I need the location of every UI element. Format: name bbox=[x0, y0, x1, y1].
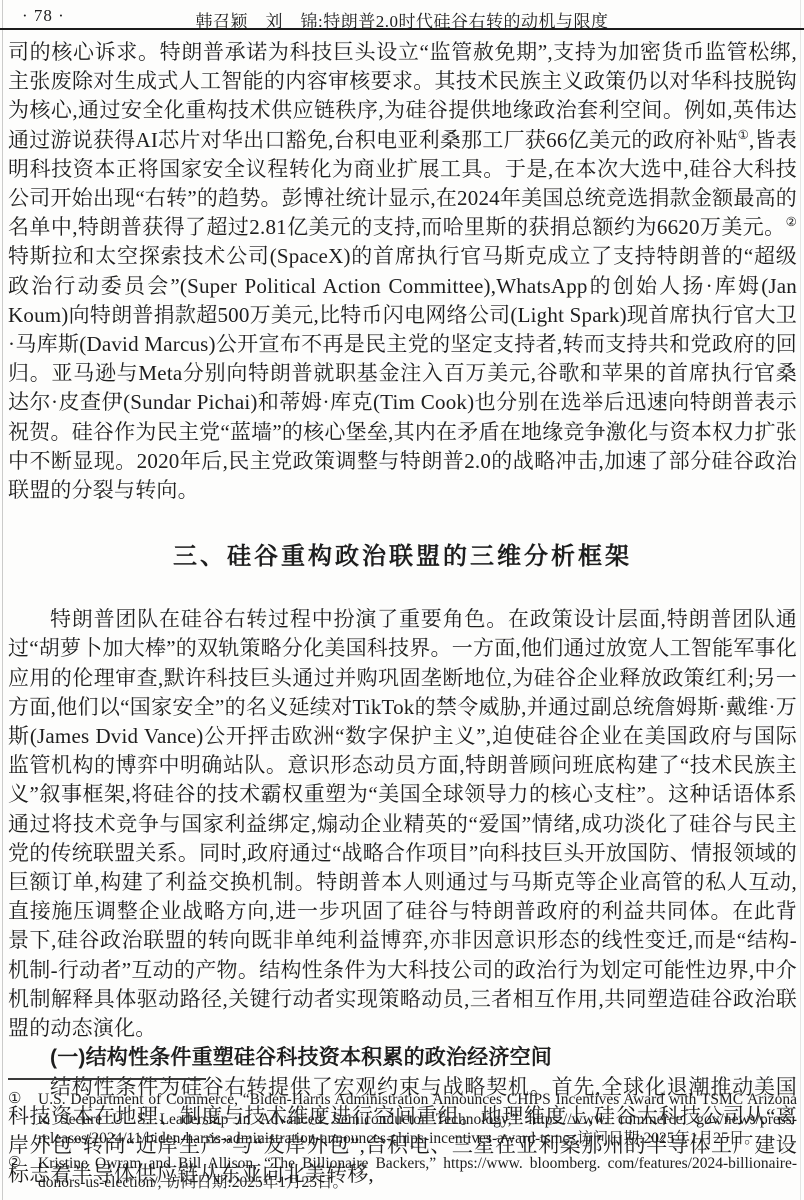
article-body: 司的核心诉求。特朗普承诺为科技巨头设立“监管赦免期”,支持为加密货币监管松绑,主… bbox=[0, 30, 804, 1189]
body-paragraph-1: 司的核心诉求。特朗普承诺为科技巨头设立“监管赦免期”,支持为加密货币监管松绑,主… bbox=[8, 38, 797, 505]
footnote-marker-2: ② bbox=[8, 1154, 21, 1174]
running-title: 韩召颖 刘 锦:特朗普2.0时代硅谷右转的动机与限度 bbox=[0, 7, 804, 32]
body-paragraph-2: 特朗普团队在硅谷右转过程中扮演了重要角色。在政策设计层面,特朗普团队通过“胡萝卜… bbox=[8, 605, 797, 1043]
footnote-separator bbox=[8, 1078, 206, 1080]
footnote-item-2: ② Kristine Owram and Bill Allison, “The … bbox=[8, 1154, 797, 1193]
page-header: · 78 · 韩召颖 刘 锦:特朗普2.0时代硅谷右转的动机与限度 bbox=[0, 0, 804, 30]
footnote-item-1: ① U.S. Department of Commerce, “Biden-Ha… bbox=[8, 1090, 797, 1149]
footnote-text-1: U.S. Department of Commerce, “Biden-Harr… bbox=[38, 1091, 797, 1147]
page-number: · 78 · bbox=[22, 6, 65, 26]
footnote-text-2: Kristine Owram and Bill Allison, “The Bi… bbox=[38, 1155, 797, 1192]
journal-page: · 78 · 韩召颖 刘 锦:特朗普2.0时代硅谷右转的动机与限度 司的核心诉求… bbox=[0, 0, 804, 1200]
footnote-area: ① U.S. Department of Commerce, “Biden-Ha… bbox=[8, 1078, 797, 1198]
subsection-heading: (一)结构性条件重塑硅谷科技资本积累的政治经济空间 bbox=[8, 1043, 797, 1072]
section-heading: 三、硅谷重构政治联盟的三维分析框架 bbox=[8, 536, 797, 571]
scan-edge-right bbox=[800, 0, 801, 1200]
scan-edge-left bbox=[2, 0, 3, 1200]
footnote-marker-1: ① bbox=[8, 1090, 21, 1110]
